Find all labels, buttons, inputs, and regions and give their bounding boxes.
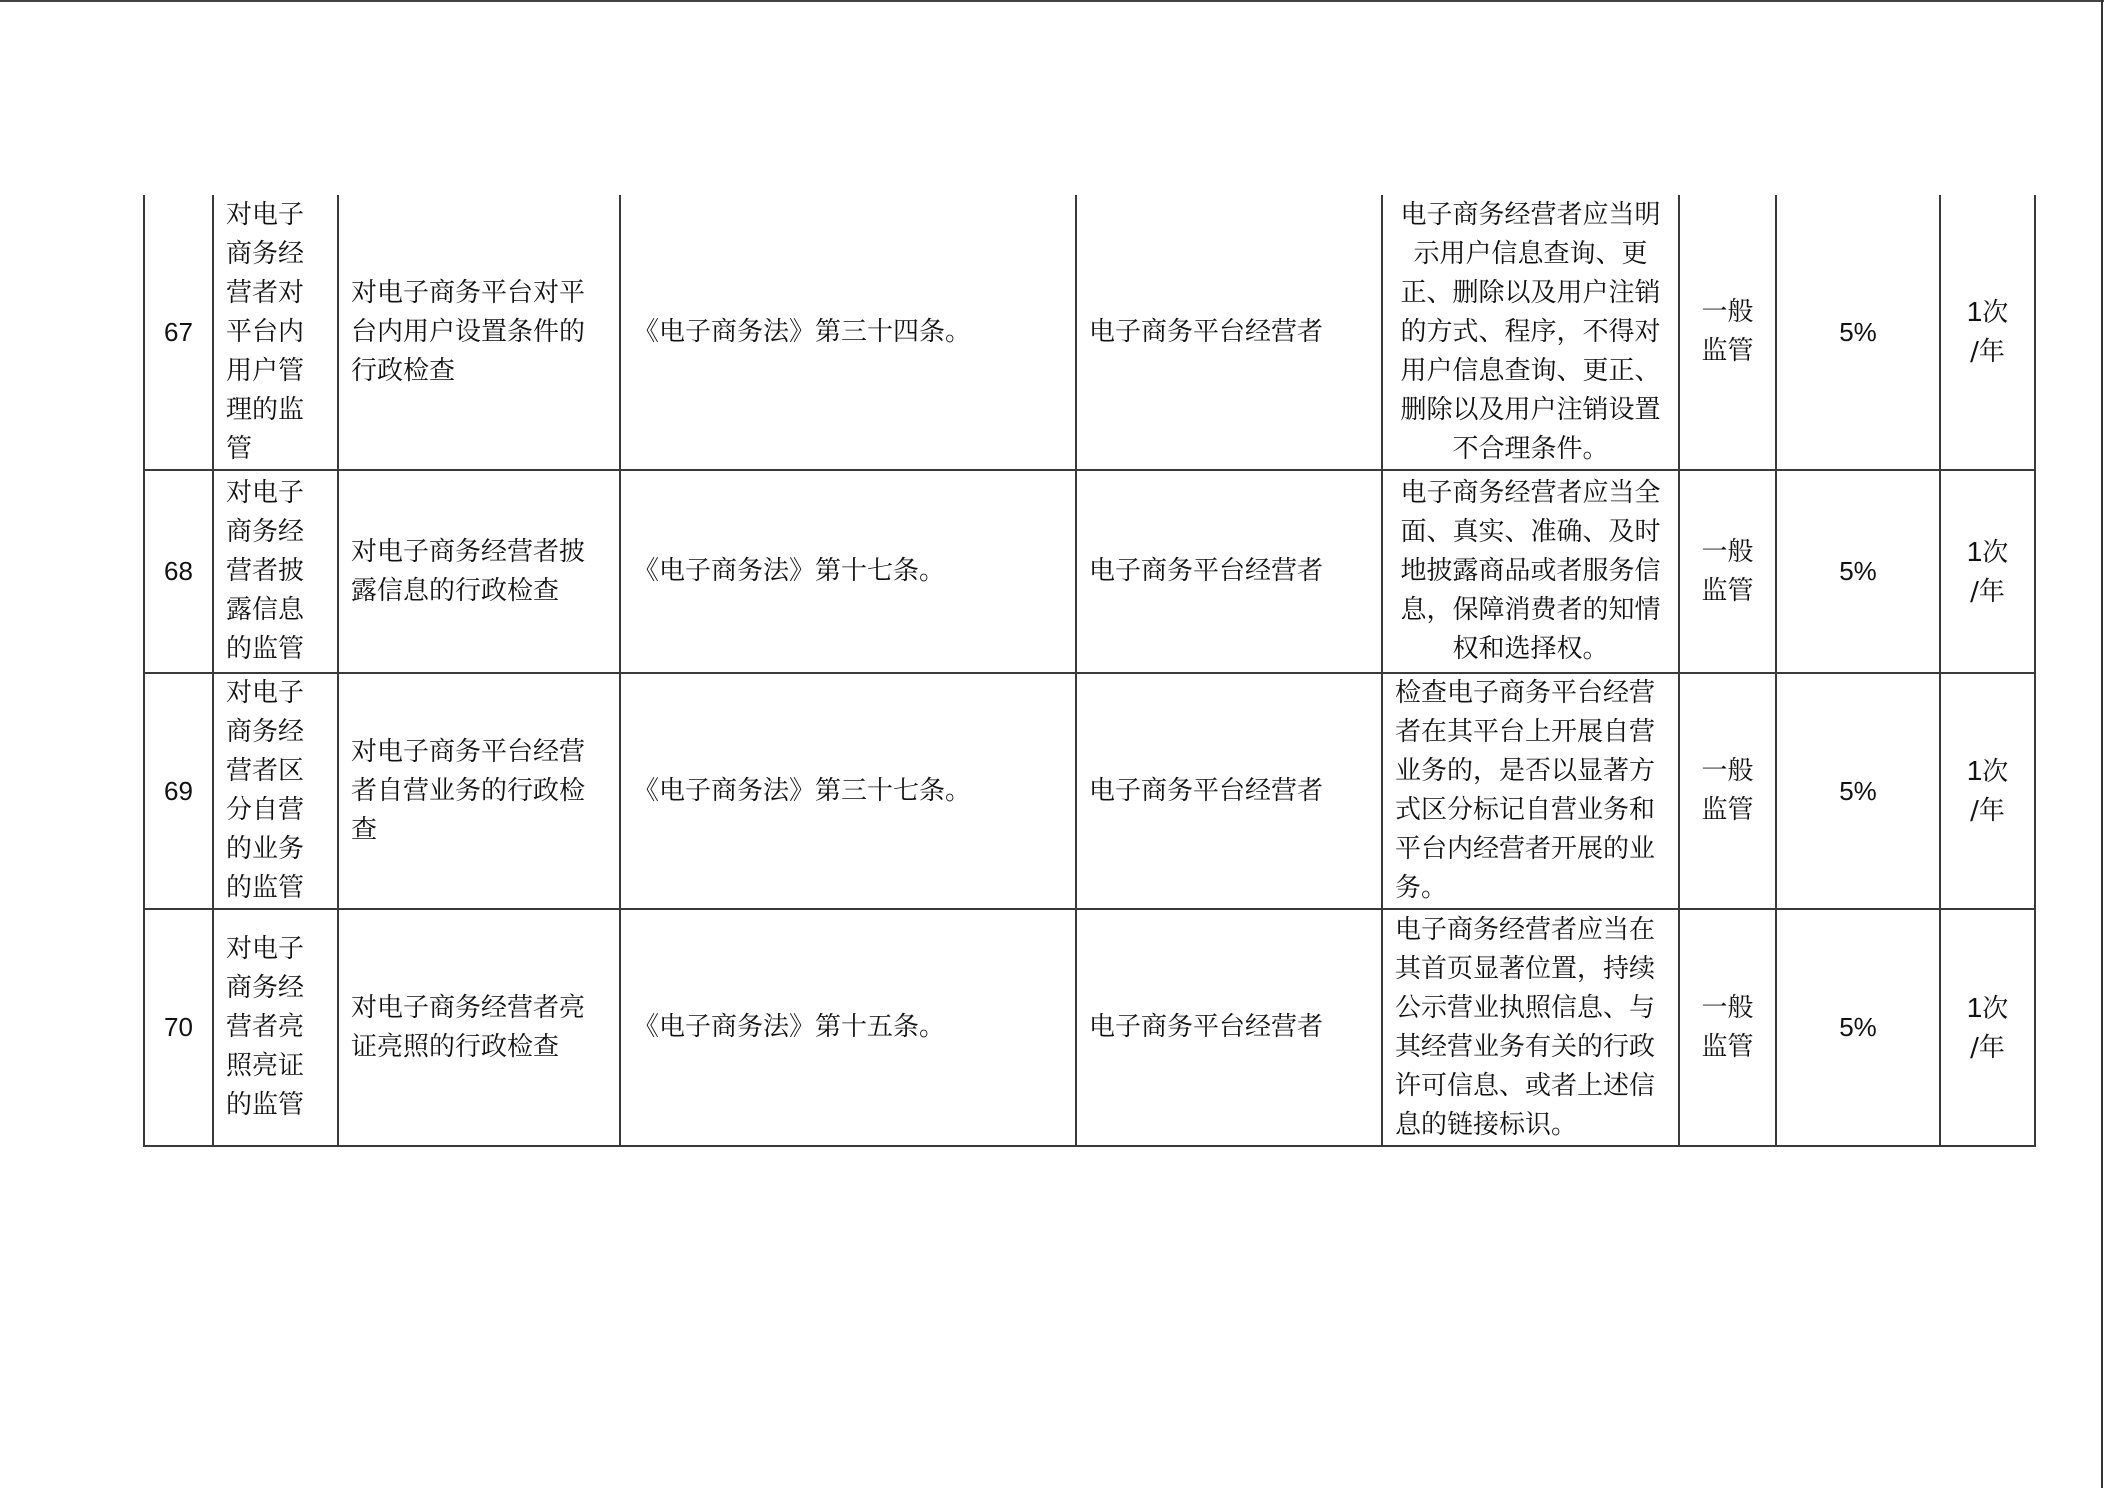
inspection-frequency: 1次 /年 — [1940, 195, 2035, 470]
inspection-frequency: 1次 /年 — [1940, 909, 2035, 1146]
inspection-name: 对电子商务经营者披露信息的行政检查 — [338, 470, 620, 673]
table-row: 69 对电子 商务经 营者区 分自营 的业务 的监管 对电子商务平台经营者自营业… — [144, 673, 2035, 909]
sampling-ratio: 5% — [1776, 470, 1940, 673]
page-top-rule — [0, 0, 2104, 2]
supervision-item: 对电子 商务经 营者亮 照亮证 的监管 — [213, 909, 338, 1146]
table-row: 67 对电子 商务经 营者对 平台内 用户管 理的监 管 对电子商务平台对平台内… — [144, 195, 2035, 470]
inspection-target: 电子商务平台经营者 — [1076, 195, 1382, 470]
table-row: 70 对电子 商务经 营者亮 照亮证 的监管 对电子商务经营者亮证亮照的行政检查… — [144, 909, 2035, 1146]
table-row: 68 对电子 商务经 营者披 露信息 的监管 对电子商务经营者披露信息的行政检查… — [144, 470, 2035, 673]
supervision-item: 对电子 商务经 营者披 露信息 的监管 — [213, 470, 338, 673]
inspection-frequency: 1次 /年 — [1940, 673, 2035, 909]
inspection-name: 对电子商务平台经营者自营业务的行政检查 — [338, 673, 620, 909]
inspection-target: 电子商务平台经营者 — [1076, 470, 1382, 673]
legal-basis: 《电子商务法》第十七条。 — [620, 470, 1076, 673]
inspection-content: 电子商务经营者应当在其首页显著位置，持续公示营业执照信息、与其经营业务有关的行政… — [1382, 909, 1679, 1146]
supervision-item: 对电子 商务经 营者对 平台内 用户管 理的监 管 — [213, 195, 338, 470]
legal-basis: 《电子商务法》第三十四条。 — [620, 195, 1076, 470]
legal-basis: 《电子商务法》第十五条。 — [620, 909, 1076, 1146]
inspection-target: 电子商务平台经营者 — [1076, 909, 1382, 1146]
inspection-type: 一般监管 — [1679, 909, 1776, 1146]
inspection-content: 电子商务经营者应当明示用户信息查询、更正、删除以及用户注销的方式、程序，不得对用… — [1382, 195, 1679, 470]
inspection-type: 一般监管 — [1679, 195, 1776, 470]
sampling-ratio: 5% — [1776, 195, 1940, 470]
sampling-ratio: 5% — [1776, 909, 1940, 1146]
legal-basis: 《电子商务法》第三十七条。 — [620, 673, 1076, 909]
row-number: 70 — [144, 909, 213, 1146]
inspection-content: 检查电子商务平台经营者在其平台上开展自营业务的，是否以显著方式区分标记自营业务和… — [1382, 673, 1679, 909]
row-number: 67 — [144, 195, 213, 470]
inspection-target: 电子商务平台经营者 — [1076, 673, 1382, 909]
inspection-frequency: 1次 /年 — [1940, 470, 2035, 673]
inspection-type: 一般监管 — [1679, 673, 1776, 909]
sampling-ratio: 5% — [1776, 673, 1940, 909]
row-number: 69 — [144, 673, 213, 909]
inspection-name: 对电子商务经营者亮证亮照的行政检查 — [338, 909, 620, 1146]
inspection-name: 对电子商务平台对平台内用户设置条件的行政检查 — [338, 195, 620, 470]
inspection-items-table: 67 对电子 商务经 营者对 平台内 用户管 理的监 管 对电子商务平台对平台内… — [143, 195, 2036, 1147]
inspection-type: 一般监管 — [1679, 470, 1776, 673]
inspection-content: 电子商务经营者应当全面、真实、准确、及时地披露商品或者服务信息，保障消费者的知情… — [1382, 470, 1679, 673]
page-right-rule — [2101, 0, 2103, 1488]
row-number: 68 — [144, 470, 213, 673]
supervision-item: 对电子 商务经 营者区 分自营 的业务 的监管 — [213, 673, 338, 909]
